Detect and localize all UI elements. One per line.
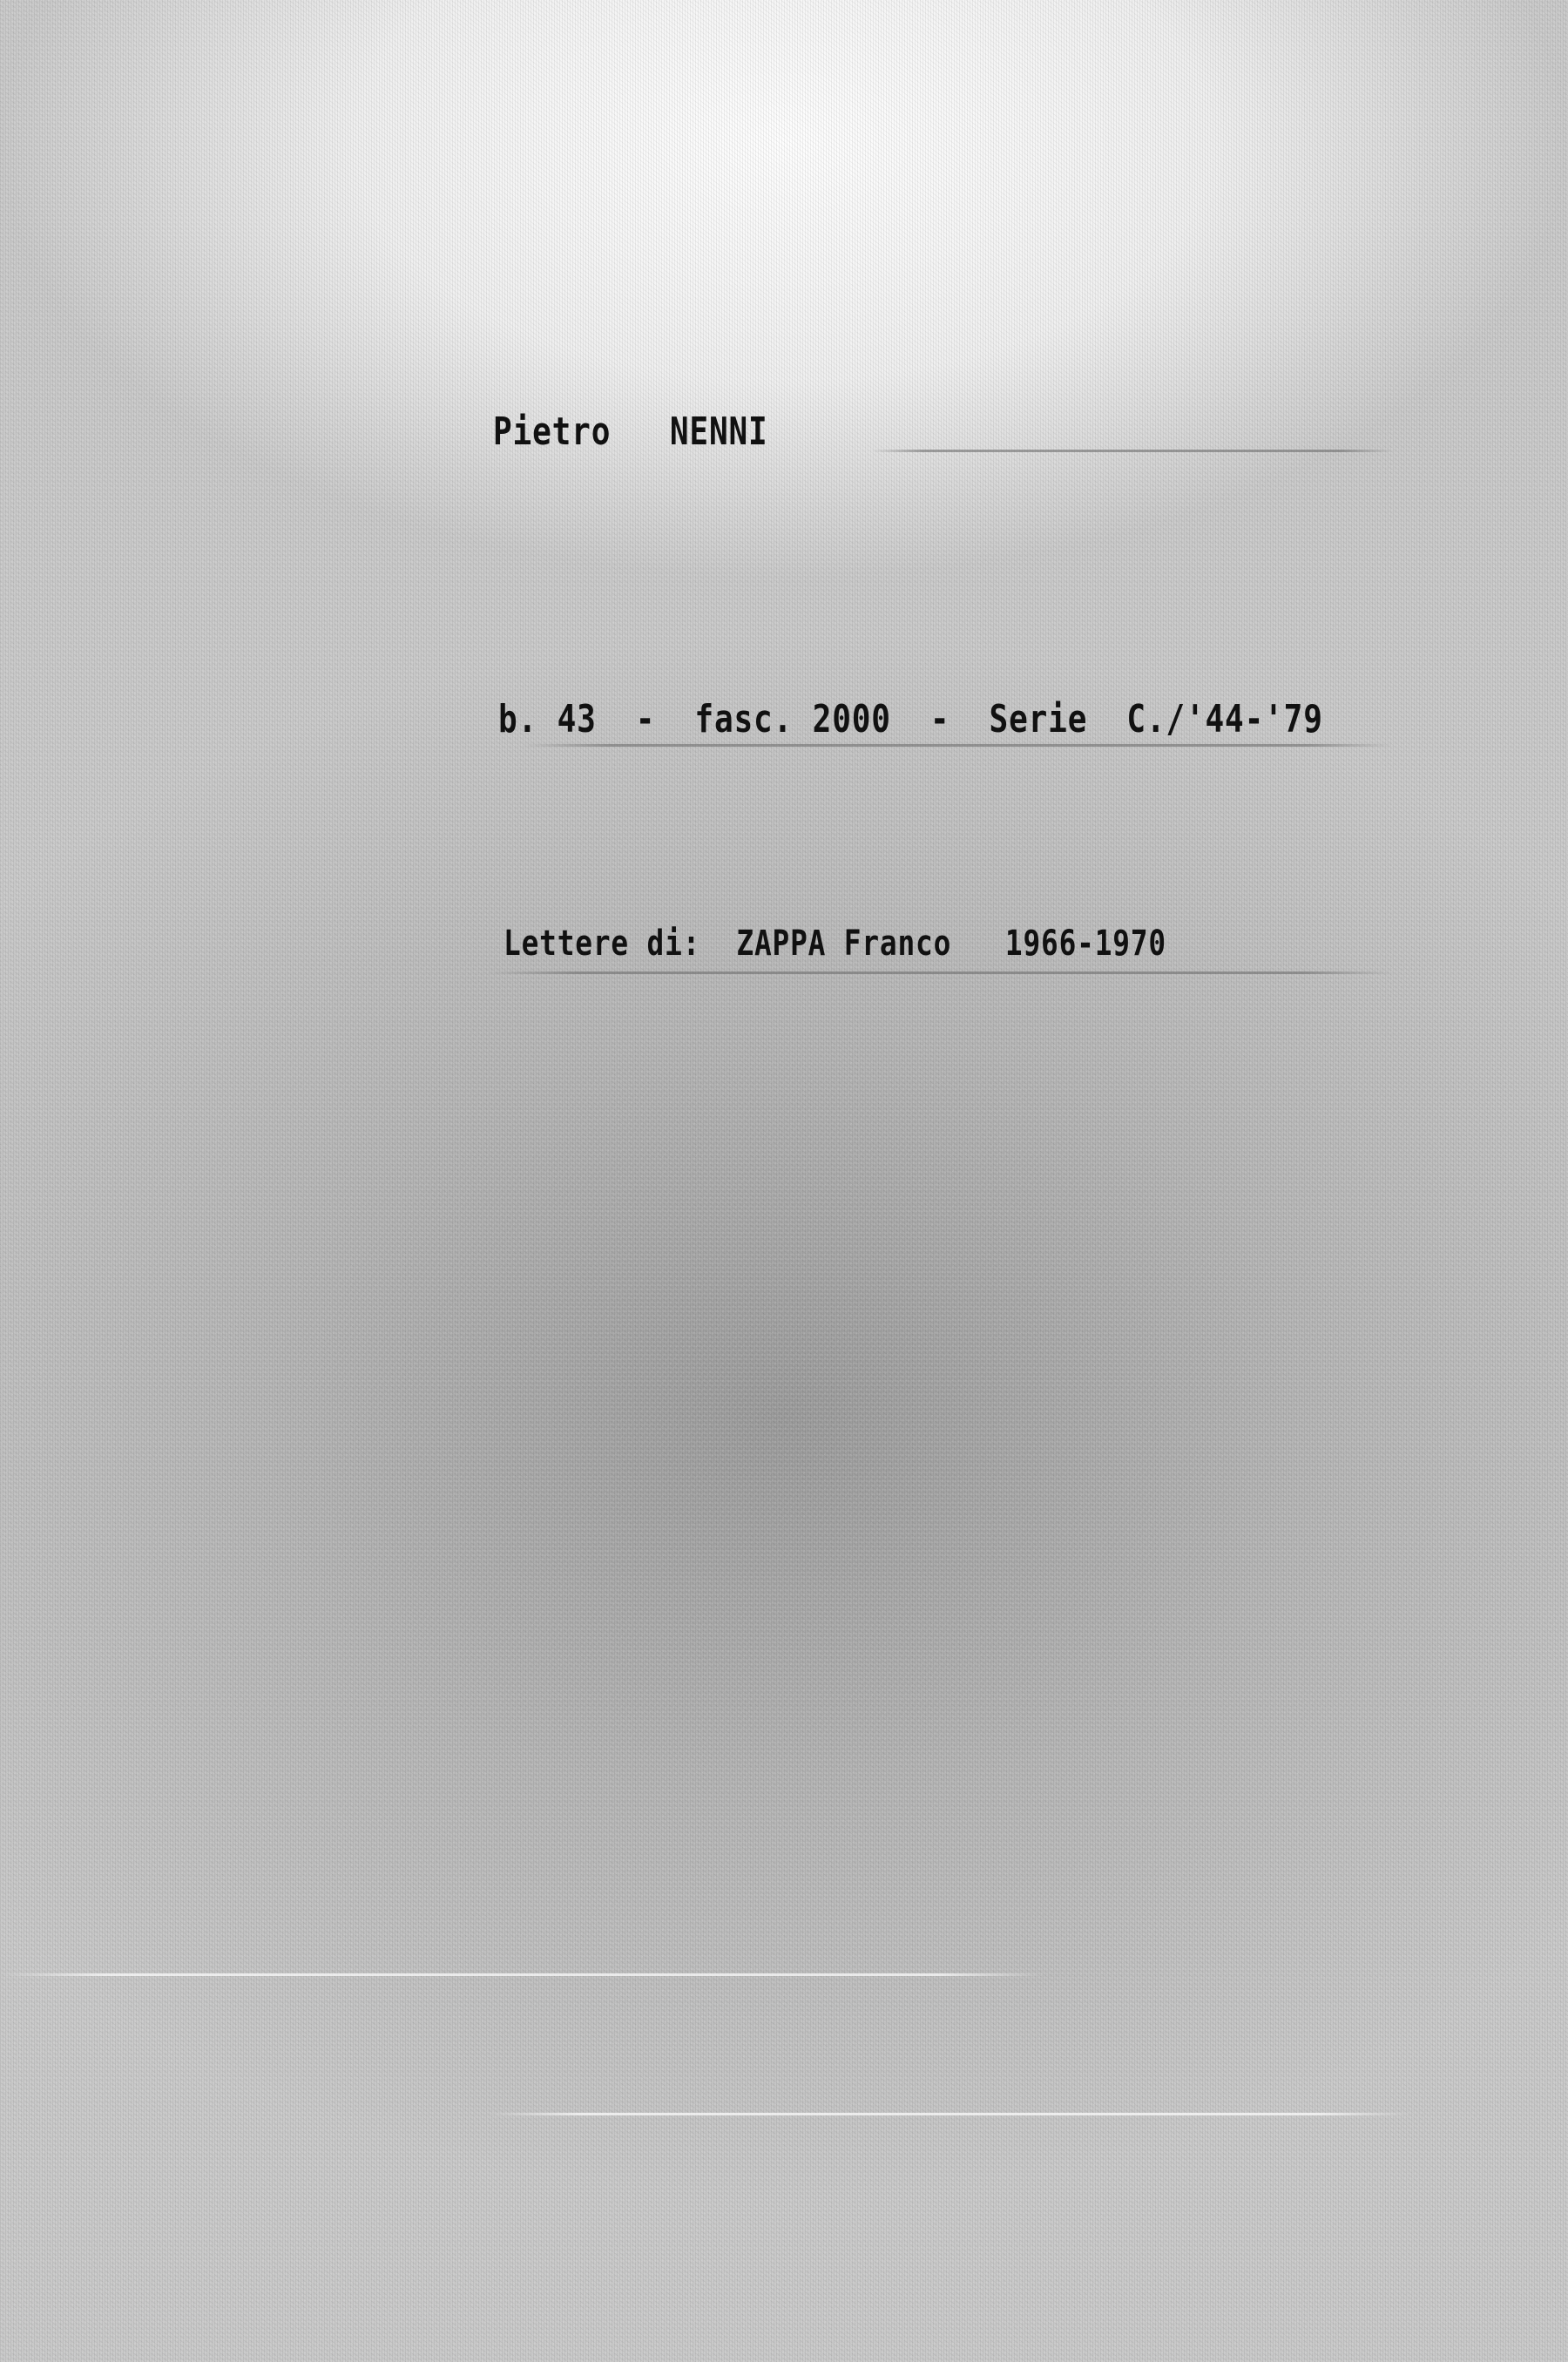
ruled-line [871,450,1394,452]
letters-subject: Lettere di: ZAPPA Franco 1966-1970 [504,924,1166,964]
author-name: Pietro NENNI [493,409,768,454]
ruled-line [523,744,1394,747]
ruled-line [0,1973,1045,1976]
ruled-line [488,971,1394,974]
paper-texture [0,0,1568,2362]
archive-reference: b. 43 - fasc. 2000 - Serie C./'44-'79 [498,697,1323,741]
ruled-line [488,2113,1411,2115]
